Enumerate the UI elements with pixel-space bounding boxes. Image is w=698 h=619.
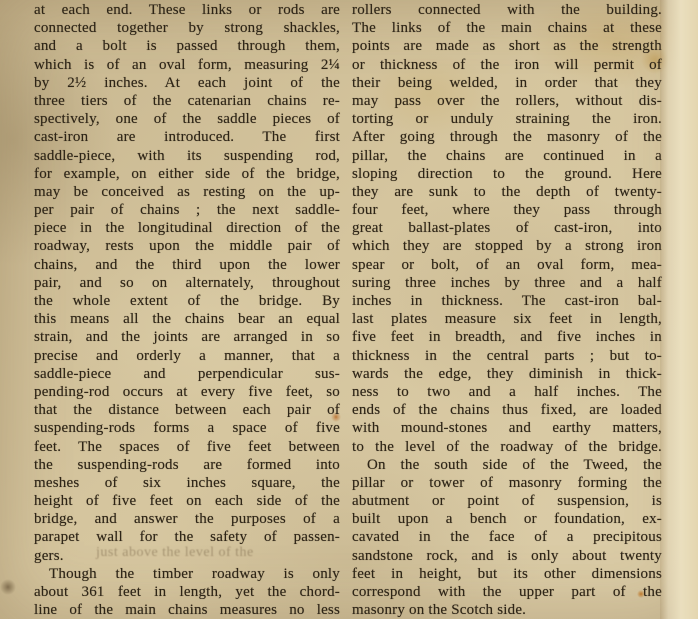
text-line: Though the timber roadway is only — [34, 565, 340, 583]
text-line: inches in thickness. The cast-iron bal- — [352, 292, 662, 310]
text-line: pillar, the chains are continued in a — [352, 147, 662, 165]
text-line: connected together by strong shackles, — [34, 19, 340, 37]
text-line: parapet wall for the safety of passen- — [34, 528, 340, 546]
text-line: rollers connected with the building. — [352, 1, 662, 19]
scanned-page: at each end. These links or rods areconn… — [0, 0, 698, 619]
text-line: wards the edge, they diminish in thick- — [352, 365, 662, 383]
text-line: saddle-piece, with its suspending rod, — [34, 147, 340, 165]
text-line: After going through the masonry of the — [352, 128, 662, 146]
text-line: spectively, one of the saddle pieces of — [34, 110, 340, 128]
text-line: masonry on the Scotch side. — [352, 601, 662, 619]
text-line: spear or bolt, of an oval form, mea- — [352, 256, 662, 274]
text-line: sloping direction to the ground. Here — [352, 165, 662, 183]
text-line: their being welded, in order that they — [352, 74, 662, 92]
text-line: per pair of chains ; the next saddle- — [34, 201, 340, 219]
text-line: this means all the chains bear an equal — [34, 310, 340, 328]
text-line: four feet, where they pass through — [352, 201, 662, 219]
text-line: suspending-rods forms a space of five — [34, 419, 340, 437]
text-column-right: rollers connected with the building.The … — [352, 1, 662, 619]
text-line: ends of the chains thus fixed, are loade… — [352, 401, 662, 419]
text-line: three tiers of the catenarian chains re- — [34, 92, 340, 110]
text-line: gers. — [34, 547, 340, 565]
text-line: for example, on either side of the bridg… — [34, 165, 340, 183]
text-line: may pass over the rollers, without dis- — [352, 92, 662, 110]
text-line: On the south side of the Tweed, the — [352, 456, 662, 474]
text-line: to the level of the roadway of the bridg… — [352, 438, 662, 456]
text-line: the whole extent of the bridge. By — [34, 292, 340, 310]
text-line: line of the main chains measures no less — [34, 601, 340, 619]
text-line: feet in height, but its other dimensions — [352, 565, 662, 583]
text-line: precise and orderly a manner, that a — [34, 347, 340, 365]
text-line: piece in the longitudinal direction of t… — [34, 219, 340, 237]
text-column-left: at each end. These links or rods areconn… — [34, 1, 340, 619]
text-line: cast-iron are introduced. The first — [34, 128, 340, 146]
text-line: saddle-piece and perpendicular sus- — [34, 365, 340, 383]
text-line: torting or unduly straining the iron. — [352, 110, 662, 128]
text-line: which is of an oval form, measuring 2¼ — [34, 56, 340, 74]
text-line: abutment or point of suspension, is — [352, 492, 662, 510]
text-line: they are sunk to the depth of twenty- — [352, 183, 662, 201]
text-line: at each end. These links or rods are — [34, 1, 340, 19]
text-line: pending-rod occurs at every five feet, s… — [34, 383, 340, 401]
text-line: feet. The spaces of five feet between — [34, 438, 340, 456]
text-line: sandstone rock, and is only about twenty — [352, 547, 662, 565]
text-line: the suspending-rods are formed into — [34, 456, 340, 474]
text-line: great ballast-plates of cast-iron, into — [352, 219, 662, 237]
page-edge — [660, 0, 698, 619]
text-line: points are made as short as the strength — [352, 37, 662, 55]
text-line: and a bolt is passed through them, — [34, 37, 340, 55]
text-line: ness to two and a half inches. The — [352, 383, 662, 401]
text-line: chains, and the third upon the lower — [34, 256, 340, 274]
text-line: strain, and the joints are arranged in s… — [34, 328, 340, 346]
text-line: pair, and so on alternately, throughout — [34, 274, 340, 292]
text-line: meshes of six inches square, the — [34, 474, 340, 492]
text-line: last plates measure six feet in length, — [352, 310, 662, 328]
text-line: height of five feet on each side of the — [34, 492, 340, 510]
text-line: roadway, rests upon the middle pair of — [34, 237, 340, 255]
text-line: bridge, and answer the purposes of a — [34, 510, 340, 528]
text-line: built upon a bench or foundation, ex- — [352, 510, 662, 528]
text-line: suring three inches by three and a half — [352, 274, 662, 292]
text-line: or thickness of the iron will permit of — [352, 56, 662, 74]
text-line: correspond with the upper part of the — [352, 583, 662, 601]
text-line: may be conceived as resting on the up- — [34, 183, 340, 201]
text-line: The links of the main chains at these — [352, 19, 662, 37]
text-line: that the distance between each pair of — [34, 401, 340, 419]
text-line: by 2½ inches. At each joint of the — [34, 74, 340, 92]
text-line: about 361 feet in length, yet the chord- — [34, 583, 340, 601]
text-line: with mound-stones and earthy matters, — [352, 419, 662, 437]
text-line: cavated in the face of a precipitous — [352, 528, 662, 546]
text-line: which they are stopped by a strong iron — [352, 237, 662, 255]
text-line: thickness in the central parts ; but to- — [352, 347, 662, 365]
text-line: pillar or tower of masonry forming the — [352, 474, 662, 492]
text-line: five feet in breadth, and five inches in — [352, 328, 662, 346]
